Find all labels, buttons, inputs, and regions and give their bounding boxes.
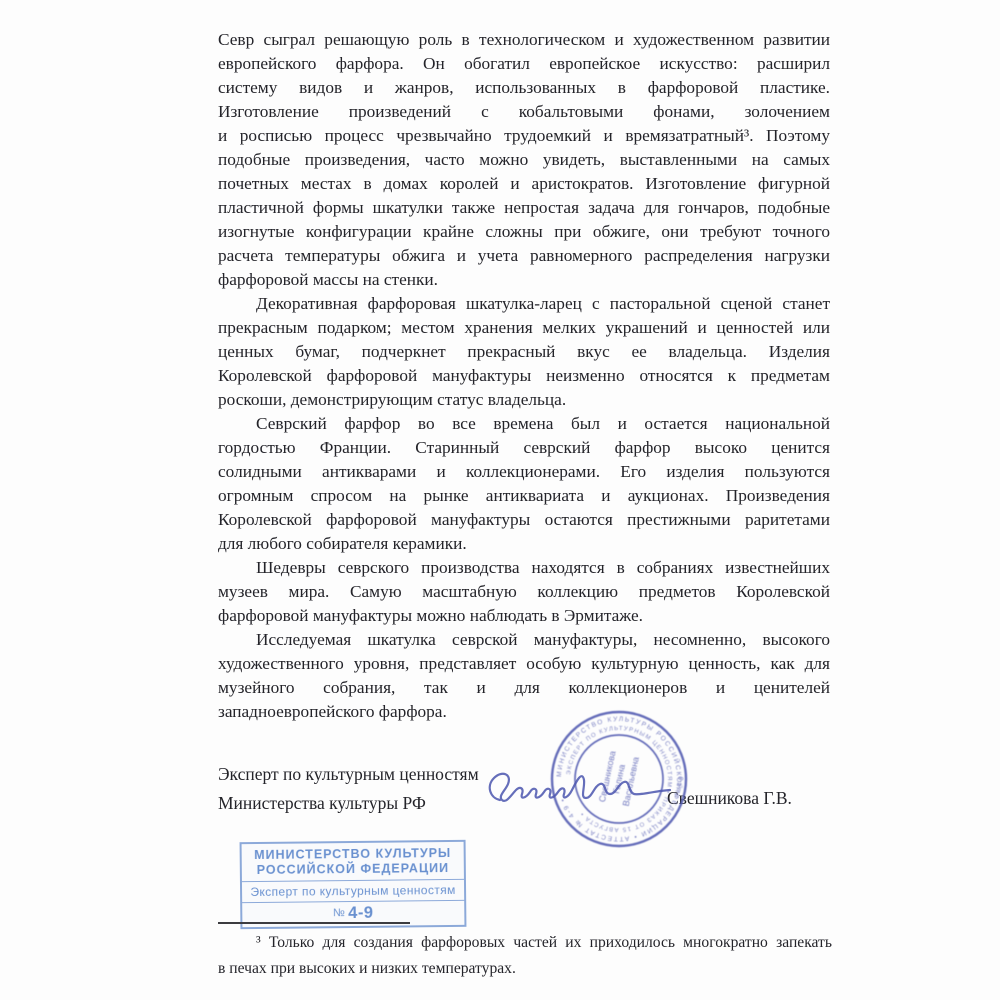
paragraph-1-line-8: пластичной формы шкатулки также непроста…	[218, 196, 830, 220]
rect-stamp-line3: Эксперт по культурным ценностям	[242, 879, 464, 902]
paragraph-2-line-2: прекрасным подарком; местом хранения мел…	[218, 316, 830, 340]
paragraph-2-line-4: Королевской фарфоровой мануфактуры неизм…	[218, 364, 830, 388]
paragraph-3-line-6: для любого собирателя керамики.	[218, 532, 830, 556]
paragraph-4-line-1: Шедевры севрского производства находятся…	[218, 556, 830, 580]
rect-stamp: МИНИСТЕРСТВО КУЛЬТУРЫ РОССИЙСКОЙ ФЕДЕРАЦ…	[240, 840, 467, 929]
paragraph-2-line-1: Декоративная фарфоровая шкатулка-ларец с…	[218, 292, 830, 316]
rect-stamp-number-label: №	[333, 907, 345, 919]
paragraph-3-line-1: Севрский фарфор во все времена был и ост…	[218, 412, 830, 436]
paragraph-1-line-9: изогнутые конфигурации крайне сложны при…	[218, 220, 830, 244]
paragraph-2-line-3: ценных бумаг, подчеркнет прекрасный вкус…	[218, 340, 830, 364]
rect-stamp-number-value: 4-9	[348, 904, 374, 922]
signer-role-line-2: Министерства культуры РФ	[218, 789, 479, 818]
paragraph-1-line-6: подобные произведения, часто можно увиде…	[218, 148, 830, 172]
paragraph-5-line-1: Исследуемая шкатулка севрской мануфактур…	[218, 628, 830, 652]
paragraph-5-line-4: западноевропейского фарфора.	[218, 700, 830, 724]
paragraph-4-line-3: фарфоровой мануфактуры можно наблюдать в…	[218, 604, 830, 628]
signer-role-line-1: Эксперт по культурным ценностям	[218, 760, 479, 789]
paragraph-3-line-2: гордостью Франции. Старинный севрский фа…	[218, 436, 830, 460]
paragraph-1-line-1: Севр сыграл решающую роль в технологичес…	[218, 28, 830, 52]
paragraph-3-line-3: солидными антикварами и коллекционерами.…	[218, 460, 830, 484]
footnote-line-1: ³ Только для создания фарфоровых частей …	[218, 930, 832, 956]
paragraph-1-line-11: фарфоровой массы на стенки.	[218, 268, 830, 292]
paragraph-1-line-3: систему видов и жанров, использованных в…	[218, 76, 830, 100]
paragraph-4-line-2: музеев мира. Самую масштабную коллекцию …	[218, 580, 830, 604]
paragraph-5-line-3: музейного собрания, так и для коллекцион…	[218, 676, 830, 700]
paragraph-1-line-7: почетных местах в домах королей и аристо…	[218, 172, 830, 196]
paragraph-1-line-4: Изготовление произведений с кобальтовыми…	[218, 100, 830, 124]
paragraph-1-line-2: европейского фарфора. Он обогатил европе…	[218, 52, 830, 76]
signature-block: Эксперт по культурным ценностям Министер…	[218, 760, 479, 818]
rect-stamp-line2: РОССИЙСКОЙ ФЕДЕРАЦИИ	[244, 861, 462, 878]
signature-autograph	[478, 760, 678, 820]
footnote-text: ³ Только для создания фарфоровых частей …	[218, 930, 832, 982]
paragraph-1-line-5: и росписью процесс чрезвычайно трудоемки…	[218, 124, 830, 148]
document-page: Севр сыграл решающую роль в технологичес…	[0, 0, 1000, 1000]
rect-stamp-header: МИНИСТЕРСТВО КУЛЬТУРЫ РОССИЙСКОЙ ФЕДЕРАЦ…	[242, 842, 464, 881]
paragraph-3-line-5: Королевской фарфоровой мануфактуры остаю…	[218, 508, 830, 532]
footnote-separator	[218, 922, 410, 924]
paragraph-3-line-4: огромным спросом на рынке антиквариата и…	[218, 484, 830, 508]
footnote-line-2: в печах при высоких и низких температура…	[218, 956, 832, 982]
paragraph-5-line-2: художественного уровня, представляет осо…	[218, 652, 830, 676]
paragraph-1-line-10: расчета температуры обжига и учета равно…	[218, 244, 830, 268]
paragraph-2-line-5: роскоши, демонстрирующим статус владельц…	[218, 388, 830, 412]
body-text: Севр сыграл решающую роль в технологичес…	[218, 28, 830, 724]
footnote: ³ Только для создания фарфоровых частей …	[218, 922, 832, 982]
